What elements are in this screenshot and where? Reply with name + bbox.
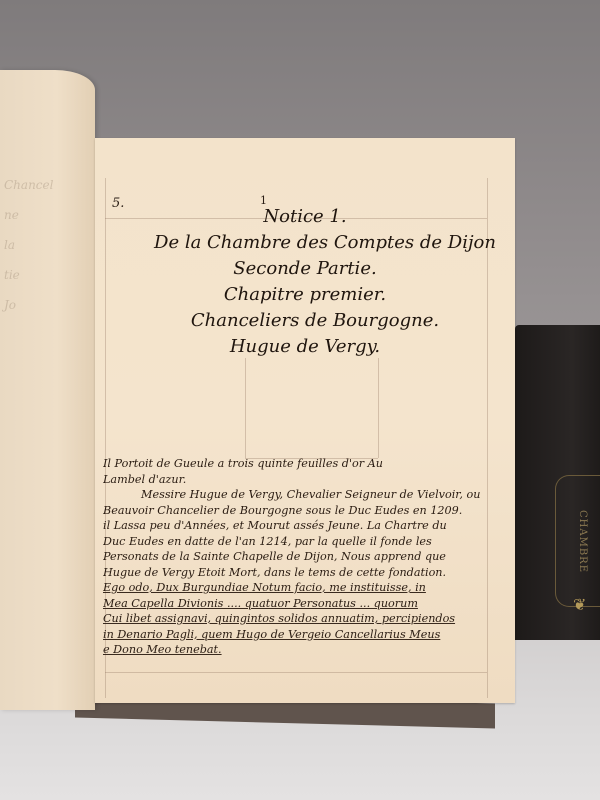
body-line: Messire Hugue de Vergy, Chevalier Seigne…: [103, 487, 513, 503]
body-line: il Lassa peu d'Années, et Mourut assés J…: [103, 518, 513, 534]
heading-line: Chapitre premier.: [95, 282, 515, 308]
left-page-ghost-text: Chancel ne la tie Jo: [4, 170, 84, 320]
manuscript-page: 5. 1 Notice 1. De la Chambre des Comptes…: [95, 138, 515, 703]
body-line-underlined: e Dono Meo tenebat.: [103, 642, 513, 658]
body-line-underlined: Mea Capella Divionis .... quatuor Person…: [103, 596, 513, 612]
body-line: Hugue de Vergy Etoit Mort, dans le tems …: [103, 565, 513, 581]
chapter-heading: Notice 1. De la Chambre des Comptes de D…: [95, 204, 515, 360]
ghost-line: la: [4, 230, 84, 260]
spine-ornament-icon: ❦: [573, 595, 586, 614]
heading-line: Seconde Partie.: [95, 256, 515, 282]
heading-line: Chanceliers de Bourgogne.: [95, 308, 515, 334]
spine-title: CHAMBRE: [577, 510, 588, 573]
body-line: Il Portoit de Gueule a trois quinte feui…: [103, 456, 513, 472]
center-rule: [245, 358, 246, 458]
body-line: Lambel d'azur.: [103, 472, 513, 488]
body-line-underlined: Ego odo, Dux Burgundiae Notum facio, me …: [103, 580, 513, 596]
ghost-line: Jo: [4, 290, 84, 320]
left-page: Chancel ne la tie Jo: [0, 70, 95, 710]
ghost-line: ne: [4, 200, 84, 230]
body-line: Duc Eudes en datte de l'an 1214, par la …: [103, 534, 513, 550]
body-line: Beauvoir Chancelier de Bourgogne sous le…: [103, 503, 513, 519]
footer-rule: [105, 672, 487, 673]
heading-line: De la Chambre des Comptes de Dijon: [95, 230, 515, 256]
ghost-line: Chancel: [4, 170, 84, 200]
body-line-underlined: Cui libet assignavi, quingintos solidos …: [103, 611, 513, 627]
side-book-spine: CHAMBRE ❦: [515, 325, 600, 640]
manuscript-body: Il Portoit de Gueule a trois quinte feui…: [103, 456, 513, 658]
center-rule: [378, 358, 379, 458]
body-line: Personats de la Sainte Chapelle de Dijon…: [103, 549, 513, 565]
heading-line: Notice 1.: [95, 204, 515, 230]
heading-line: Hugue de Vergy.: [95, 334, 515, 360]
ghost-line: tie: [4, 260, 84, 290]
body-line-underlined: in Denario Pagli, quem Hugo de Vergeio C…: [103, 627, 513, 643]
